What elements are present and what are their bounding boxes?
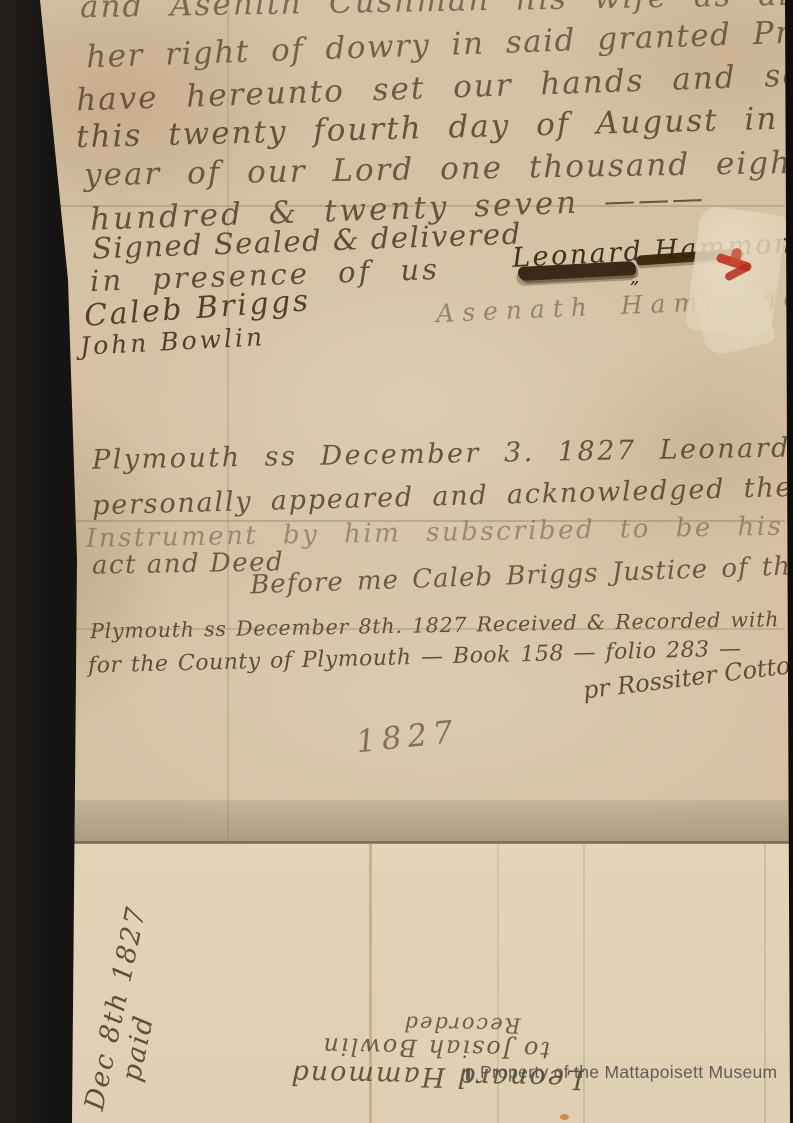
stain-speck xyxy=(560,1114,569,1120)
acknowledgment-line: Plymouth ss December 3. 1827 Leonard Ham… xyxy=(92,430,793,475)
signature-asenath-hammond: Asenath Hammond xyxy=(436,284,793,328)
deed-paper: and Asenith Cushman his wife as al her r… xyxy=(0,0,793,1123)
watermark-text: Property of the Mattapoisett Museum xyxy=(480,1062,777,1083)
watermark-icon xyxy=(466,1068,470,1081)
endorsement-line: Recorded xyxy=(298,1010,520,1037)
fold-edge-line xyxy=(40,841,790,844)
signature-leonard-hammond: Leonard Hammond xyxy=(511,228,793,273)
wax-seal-remnant xyxy=(724,262,752,282)
scanned-document-page: and Asenith Cushman his wife as al her r… xyxy=(0,0,793,1123)
ink-seal-ditto-mark: „ xyxy=(630,268,639,288)
watermark: Property of the Mattapoisett Museum xyxy=(466,1062,777,1083)
acknowledgment-line: Before me Caleb Briggs Justice of the Pe… xyxy=(250,549,793,600)
margin-note: Dec 8th 1827 paid xyxy=(80,872,188,1119)
fold-band xyxy=(40,800,790,843)
torn-paper-patch xyxy=(685,205,788,341)
year-note: 1827 xyxy=(354,715,460,760)
